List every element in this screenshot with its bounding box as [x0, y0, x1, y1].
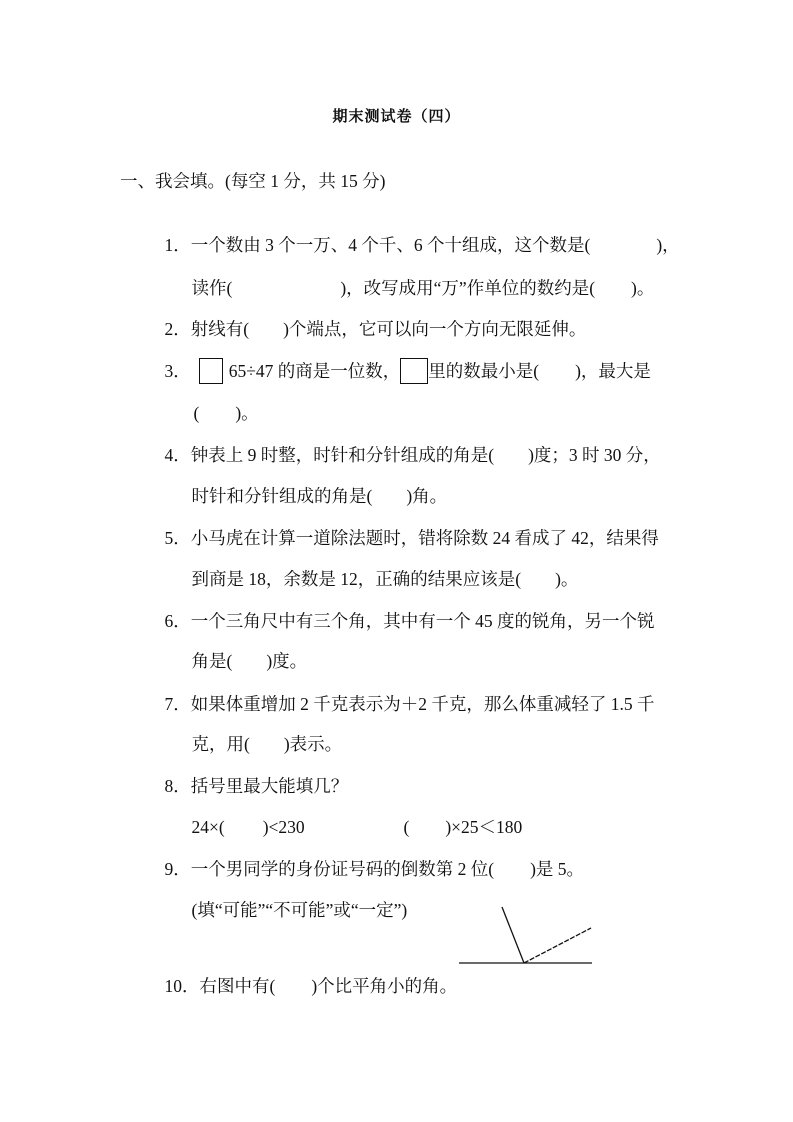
question-5-line-1: 5．小马虎在计算一道除法题时，错将除数 24 看成了 42，结果得 [147, 502, 659, 526]
question-text: )度；3 时 30 分， [528, 445, 661, 465]
question-7-line-1: 7．如果体重增加 2 千克表示为＋2 千克，那么体重减轻了 1.5 千 [147, 668, 655, 692]
angle-diagram [455, 900, 600, 970]
question-1-line-1: 1．一个数由 3 个一万、4 个千、6 个十组成，这个数是()， [147, 209, 680, 233]
question-4-line-1: 4．钟表上 9 时整，时针和分针组成的角是()度；3 时 30 分， [147, 419, 661, 443]
page-title: 期末测试卷（四） [0, 105, 793, 126]
left-ray [502, 907, 524, 963]
question-10-line-1: 10．右图中有()个比平角小的角。 [147, 950, 457, 974]
question-text: 里的数最小是( [428, 361, 539, 381]
question-1-line-2: 读作()，改写成用“万”作单位的数约是()。 [174, 252, 654, 276]
question-6-line-2: 角是()度。 [174, 625, 307, 649]
question-text: )，最大是 [575, 361, 651, 381]
question-text: )是 5。 [530, 859, 584, 879]
question-text: )。 [631, 278, 654, 298]
question-8-line-1: 8．括号里最大能填几？ [147, 750, 348, 774]
right-ray [524, 928, 591, 963]
question-3-line-1: 3．65÷47 的商是一位数，里的数最小是()，最大是 [147, 335, 651, 359]
exam-page: 期末测试卷（四） 一、我会填。(每空 1 分，共 15 分) 1．一个数由 3 … [0, 0, 793, 1122]
question-number: 10． [165, 974, 200, 998]
question-3-line-2: ()。 [176, 377, 259, 401]
question-8-expression-1: 24×()<230 [174, 791, 305, 815]
digit-box-reference [400, 358, 428, 384]
question-9-line-2: (填“可能”“不可能”或“一定”) [174, 874, 407, 898]
question-text: 右图中有( [200, 976, 276, 996]
question-text: )个比平角小的角。 [311, 976, 457, 996]
question-5-line-2: 到商是 18，余数是 12，正确的结果应该是()。 [174, 543, 578, 567]
question-text: )， [656, 235, 679, 255]
question-hint: (填“可能”“不可能”或“一定”) [192, 900, 408, 920]
question-9-line-1: 9．一个男同学的身份证号码的倒数第 2 位()是 5。 [147, 833, 584, 857]
question-7-line-2: 克，用()表示。 [174, 708, 342, 732]
question-2-line-1: 2．射线有()个端点，它可以向一个方向无限延伸。 [147, 293, 586, 317]
question-6-line-1: 6．一个三角尺中有三个角，其中有一个 45 度的锐角，另一个锐 [147, 585, 655, 609]
question-4-line-2: 时针和分针组成的角是()角。 [174, 460, 447, 484]
question-8-expression-2: ()×25＜180 [386, 791, 522, 815]
section-heading: 一、我会填。(每空 1 分，共 15 分) [120, 169, 385, 193]
